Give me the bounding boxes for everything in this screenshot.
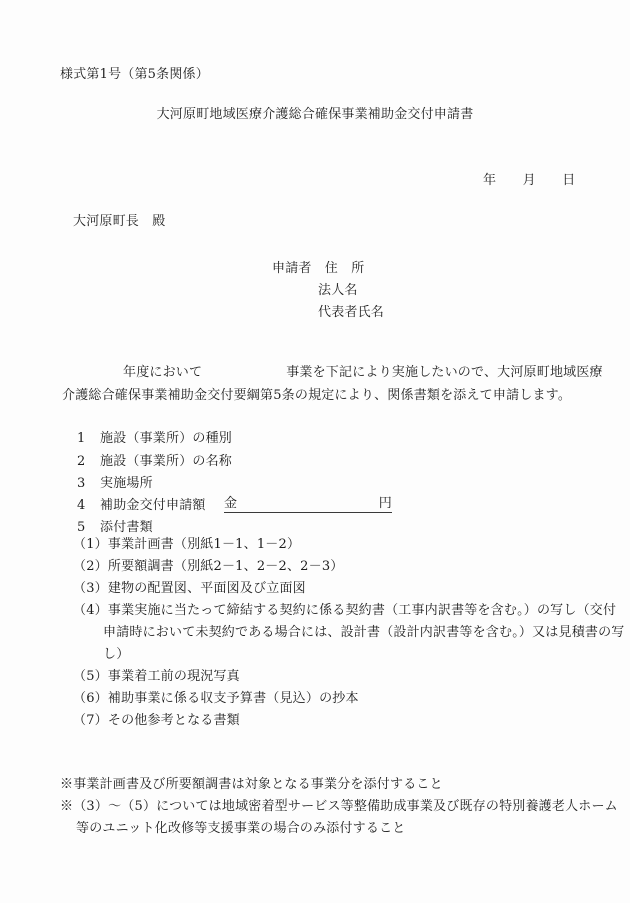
list-item-5: 5添付書類 <box>77 519 153 536</box>
note-2-line-1: ※（3）～（5）については地域密着型サービス等整備助成事業及び既存の特別養護老人… <box>60 798 618 815</box>
applicant-address-line: 申請者 住 所 <box>272 260 364 277</box>
list-item-3: 3実施場所 <box>77 475 153 492</box>
document-title: 大河原町地域医療介護総合確保事業補助金交付申請書 <box>0 106 630 123</box>
attachment-item-4-line-3: し） <box>103 646 129 663</box>
addressee: 大河原町長 殿 <box>73 213 165 230</box>
amount-prefix-yen-kanji: 金 <box>224 495 237 512</box>
list-item-4: 4補助金交付申請額金円 <box>77 497 206 514</box>
list-item-2: 2施設（事業所）の名称 <box>77 453 232 470</box>
attachment-item-6: （6）補助事業に係る収支予算書（見込）の抄本 <box>73 690 359 707</box>
item-label: 実施場所 <box>100 476 153 491</box>
attachment-item-7: （7）その他参考となる書類 <box>73 712 240 729</box>
attachment-item-4-line-2: 申請時において未契約である場合には、設計書（設計内訳書等を含む。）又は見積書の写 <box>103 624 625 641</box>
item-number: 1 <box>77 430 100 447</box>
application-body-line-1: 年度において事業を下記により実施したいので、大河原町地域医療 <box>62 364 603 381</box>
attachment-item-4-line-1: （4）事業実施に当たって締結する契約に係る契約書（工事内訳書等を含む。）の写し（… <box>73 602 616 619</box>
item-number: 3 <box>77 475 100 492</box>
note-2-line-2: 等のユニット化改修等支援事業の場合のみ添付すること <box>76 820 405 837</box>
note-1: ※事業計画書及び所要額調書は対象となる事業分を添付すること <box>60 776 443 793</box>
item-label: 施設（事業所）の名称 <box>100 454 232 469</box>
project-name-blank <box>202 375 286 376</box>
list-item-1: 1施設（事業所）の種別 <box>77 430 232 447</box>
fiscal-year-blank <box>62 375 123 376</box>
body-line1-text1: 年度において <box>123 365 202 380</box>
date-line: 年 月 日 <box>483 172 575 189</box>
attachment-item-1: （1）事業計画書（別紙1－1、1－2） <box>73 536 300 553</box>
attachment-item-3: （3）建物の配置図、平面図及び立面図 <box>73 580 306 597</box>
document-page: 様式第1号（第5条関係） 大河原町地域医療介護総合確保事業補助金交付申請書 年 … <box>0 0 630 903</box>
amount-suffix-en: 円 <box>379 495 392 512</box>
item-label: 施設（事業所）の種別 <box>100 431 232 446</box>
attachment-item-2: （2）所要額調書（別紙2－1、2－2、2－3） <box>73 558 344 575</box>
application-body-line-2: 介護総合確保事業補助金交付要綱第5条の規定により、関係書類を添えて申請します。 <box>62 387 571 404</box>
item-label: 添付書類 <box>100 520 153 535</box>
item-label: 補助金交付申請額 <box>100 498 206 513</box>
attachment-item-5: （5）事業着工前の現況写真 <box>73 668 240 685</box>
representative-name-label: 代表者氏名 <box>318 304 384 321</box>
body-line1-text2: 事業を下記により実施したいので、大河原町地域医療 <box>286 365 603 380</box>
corporate-name-label: 法人名 <box>318 282 358 299</box>
form-number: 様式第1号（第5条関係） <box>60 66 209 83</box>
amount-blank-field: 金円 <box>224 495 392 513</box>
item-number: 4 <box>77 497 100 514</box>
item-number: 5 <box>77 519 100 536</box>
item-number: 2 <box>77 453 100 470</box>
